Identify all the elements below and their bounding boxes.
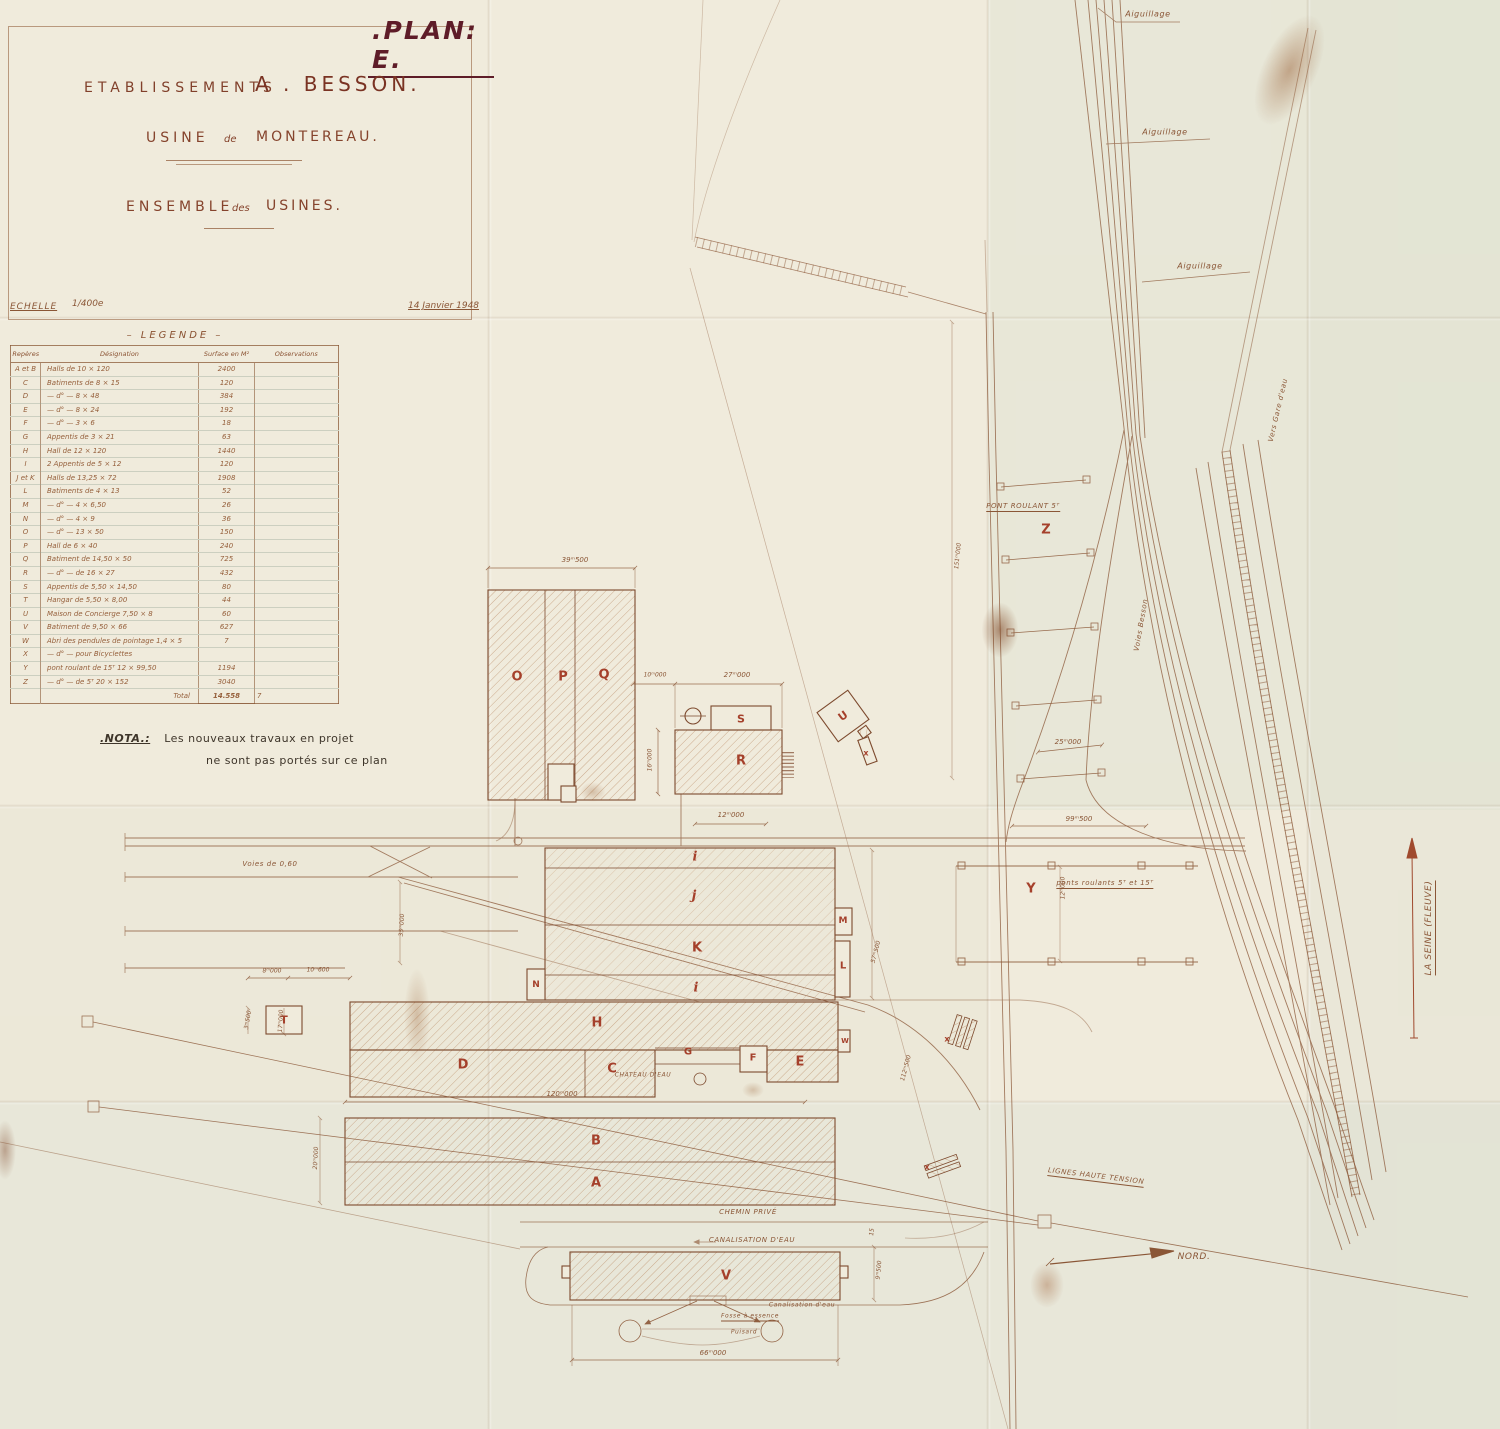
- crane-y: [956, 862, 1198, 965]
- legend-row: Ypont roulant de 15ᵀ 12 × 99,501194: [11, 662, 339, 676]
- subject-name: USINES.: [266, 198, 343, 214]
- legend-cell-surface: 1440: [199, 444, 255, 458]
- legend-row: CBatiments de 8 × 15120: [11, 376, 339, 390]
- legend-cell-obs: [255, 621, 339, 635]
- underline: [166, 160, 302, 161]
- legend-cell-surface: 432: [199, 566, 255, 580]
- legend-cell-repere: F: [11, 417, 41, 431]
- title-block: .PLAN: E. ETABLISSEMENTS A . BESSON. USI…: [0, 0, 494, 320]
- legend-cell-designation: — d° — 8 × 48: [41, 390, 199, 404]
- legend-title: – LEGENDE –: [10, 330, 340, 341]
- legend-cell-designation: Hall de 12 × 120: [41, 444, 199, 458]
- legend-cell-obs: [255, 675, 339, 689]
- legend-row: I2 Appentis de 5 × 12120: [11, 458, 339, 472]
- legend-row: D— d° — 8 × 48384: [11, 390, 339, 404]
- legend-row: M— d° — 4 × 6,5026: [11, 498, 339, 512]
- legend-cell-repere: J et K: [11, 471, 41, 485]
- legend-total-value: 14.558: [199, 689, 255, 704]
- legend-cell-repere: S: [11, 580, 41, 594]
- legend-cell-obs: [255, 444, 339, 458]
- legend-row: X— d° — pour Bicyclettes: [11, 648, 339, 662]
- legend-cell-designation: Hangar de 5,50 × 8,00: [41, 594, 199, 608]
- legend-cell-surface: 44: [199, 594, 255, 608]
- legend-row: O— d° — 13 × 50150: [11, 526, 339, 540]
- legend-cell-designation: — d° — 4 × 6,50: [41, 498, 199, 512]
- nota-block: .NOTA.: Les nouveaux travaux en projet n…: [100, 732, 388, 767]
- legend-cell-surface: 26: [199, 498, 255, 512]
- legend-cell-repere: I: [11, 458, 41, 472]
- underline: [176, 164, 292, 165]
- legend-row: PHall de 6 × 40240: [11, 539, 339, 553]
- legend-row: WAbri des pendules de pointage 1,4 × 57: [11, 634, 339, 648]
- legend-row: QBatiment de 14,50 × 50725: [11, 553, 339, 567]
- legend-cell-designation: Abri des pendules de pointage 1,4 × 5: [41, 634, 199, 648]
- legend-total-row: Total 14.558 7: [11, 689, 339, 704]
- legend-cell-repere: G: [11, 430, 41, 444]
- legend-row: R— d° — de 16 × 27432: [11, 566, 339, 580]
- legend-row: GAppentis de 3 × 2163: [11, 430, 339, 444]
- legend-cell-obs: [255, 430, 339, 444]
- site-word-de: de: [224, 134, 237, 145]
- legend-cell-surface: 384: [199, 390, 255, 404]
- legend-cell-repere: V: [11, 621, 41, 635]
- legend-row: E— d° — 8 × 24192: [11, 403, 339, 417]
- legend-cell-repere: T: [11, 594, 41, 608]
- legend-cell-designation: Appentis de 5,50 × 14,50: [41, 580, 199, 594]
- legend-cell-designation: — d° — de 5ᵀ 20 × 152: [41, 675, 199, 689]
- legend-cell-surface: 1194: [199, 662, 255, 676]
- legend-col-surface: Surface en M²: [199, 346, 255, 363]
- legend-cell-surface: 627: [199, 621, 255, 635]
- legend-cell-obs: [255, 594, 339, 608]
- nota-label: .NOTA.:: [100, 732, 150, 745]
- legend-cell-surface: 63: [199, 430, 255, 444]
- legend-cell-repere: Q: [11, 553, 41, 567]
- legend-row: SAppentis de 5,50 × 14,5080: [11, 580, 339, 594]
- legend-cell-surface: 2400: [199, 363, 255, 377]
- legend-cell-obs: [255, 376, 339, 390]
- legend-cell-surface: 120: [199, 458, 255, 472]
- legend-cell-obs: [255, 526, 339, 540]
- legend-total-note: 7: [255, 689, 339, 704]
- legend-cell-obs: [255, 485, 339, 499]
- legend-cell-obs: [255, 512, 339, 526]
- legend-col-observations: Observations: [255, 346, 339, 363]
- site-word: USINE: [146, 130, 209, 146]
- legend-cell-designation: Halls de 13,25 × 72: [41, 471, 199, 485]
- legend-cell-designation: — d° — 8 × 24: [41, 403, 199, 417]
- legend-row: THangar de 5,50 × 8,0044: [11, 594, 339, 608]
- legend-cell-designation: Batiments de 4 × 13: [41, 485, 199, 499]
- legend-cell-surface: 192: [199, 403, 255, 417]
- legend-row: F— d° — 3 × 618: [11, 417, 339, 431]
- legend-cell-repere: L: [11, 485, 41, 499]
- legend-cell-designation: Appentis de 3 × 21: [41, 430, 199, 444]
- underline: [204, 228, 274, 229]
- legend-row: HHall de 12 × 1201440: [11, 444, 339, 458]
- legend-cell-obs: [255, 634, 339, 648]
- north-arrow: [1046, 1248, 1174, 1266]
- legend-row: UMaison de Concierge 7,50 × 860: [11, 607, 339, 621]
- legend-cell-surface: 7: [199, 634, 255, 648]
- legend-cell-designation: Batiments de 8 × 15: [41, 376, 199, 390]
- legend-cell-repere: P: [11, 539, 41, 553]
- legend-cell-repere: D: [11, 390, 41, 404]
- company-prefix: ETABLISSEMENTS: [84, 80, 277, 96]
- legend-cell-obs: [255, 390, 339, 404]
- legend-table: Repères Désignation Surface en M² Observ…: [10, 345, 339, 704]
- subject-word-des: des: [232, 203, 250, 214]
- plan-number: .PLAN: E.: [368, 16, 494, 78]
- legend-cell-surface: 725: [199, 553, 255, 567]
- buildings: [266, 590, 977, 1300]
- legend-cell-surface: 52: [199, 485, 255, 499]
- legend-cell-designation: Batiment de 9,50 × 66: [41, 621, 199, 635]
- legend-cell-obs: [255, 498, 339, 512]
- legend-cell-designation: — d° — 4 × 9: [41, 512, 199, 526]
- legend-cell-designation: Hall de 6 × 40: [41, 539, 199, 553]
- legend-cell-surface: 80: [199, 580, 255, 594]
- legend-cell-designation: — d° — 3 × 6: [41, 417, 199, 431]
- company-name: A . BESSON.: [255, 72, 421, 96]
- legend-cell-obs: [255, 580, 339, 594]
- legend-row: J et KHalls de 13,25 × 721908: [11, 471, 339, 485]
- site-name: MONTEREAU.: [256, 129, 380, 145]
- legend-row: A et BHalls de 10 × 1202400: [11, 363, 339, 377]
- legend-cell-surface: 3040: [199, 675, 255, 689]
- legend-cell-obs: [255, 662, 339, 676]
- legend-cell-designation: — d° — de 16 × 27: [41, 566, 199, 580]
- legend-cell-obs: [255, 471, 339, 485]
- date: 14 Janvier 1948: [408, 301, 479, 311]
- legend-cell-repere: Z: [11, 675, 41, 689]
- legend-row: N— d° — 4 × 936: [11, 512, 339, 526]
- legend-cell-designation: Batiment de 14,50 × 50: [41, 553, 199, 567]
- legend-cell-designation: 2 Appentis de 5 × 12: [41, 458, 199, 472]
- legend-cell-repere: A et B: [11, 363, 41, 377]
- legend-cell-obs: [255, 458, 339, 472]
- scale-value: 1/400e: [72, 299, 103, 309]
- legend-cell-obs: [255, 539, 339, 553]
- legend-cell-surface: 240: [199, 539, 255, 553]
- legend-header-row: Repères Désignation Surface en M² Observ…: [11, 346, 339, 363]
- legend-cell-designation: Maison de Concierge 7,50 × 8: [41, 607, 199, 621]
- legend-cell-obs: [255, 607, 339, 621]
- legend-cell-repere: M: [11, 498, 41, 512]
- legend-cell-surface: 150: [199, 526, 255, 540]
- legend-cell-repere: H: [11, 444, 41, 458]
- subject-word: ENSEMBLE: [126, 199, 233, 215]
- legend-cell-designation: — d° — pour Bicyclettes: [41, 648, 199, 662]
- plan-sheet: .PLAN: E. ETABLISSEMENTS A . BESSON. USI…: [0, 0, 1500, 1429]
- legend-col-designation: Désignation: [41, 346, 199, 363]
- legend-cell-surface: 1908: [199, 471, 255, 485]
- legend-cell-surface: 120: [199, 376, 255, 390]
- legend-total-spacer: [11, 689, 41, 704]
- legend-cell-surface: [199, 648, 255, 662]
- seine-flow-arrow: [1407, 838, 1418, 1038]
- legend-cell-repere: E: [11, 403, 41, 417]
- legend-cell-surface: 36: [199, 512, 255, 526]
- legend-cell-repere: C: [11, 376, 41, 390]
- legend: – LEGENDE – Repères Désignation Surface …: [10, 330, 340, 704]
- legend-cell-surface: 60: [199, 607, 255, 621]
- legend-row: LBatiments de 4 × 1352: [11, 485, 339, 499]
- legend-cell-obs: [255, 553, 339, 567]
- legend-cell-repere: Y: [11, 662, 41, 676]
- legend-cell-obs: [255, 648, 339, 662]
- nota-line2: ne sont pas portés sur ce plan: [206, 754, 388, 767]
- dimension-lines: [248, 322, 1146, 1366]
- nota-line1: Les nouveaux travaux en projet: [164, 732, 354, 745]
- legend-row: VBatiment de 9,50 × 66627: [11, 621, 339, 635]
- legend-cell-obs: [255, 566, 339, 580]
- legend-cell-repere: R: [11, 566, 41, 580]
- legend-cell-obs: [255, 403, 339, 417]
- legend-cell-repere: U: [11, 607, 41, 621]
- legend-cell-designation: Halls de 10 × 120: [41, 363, 199, 377]
- legend-cell-surface: 18: [199, 417, 255, 431]
- legend-cell-repere: O: [11, 526, 41, 540]
- legend-cell-repere: W: [11, 634, 41, 648]
- legend-cell-designation: — d° — 13 × 50: [41, 526, 199, 540]
- legend-row: Z— d° — de 5ᵀ 20 × 1523040: [11, 675, 339, 689]
- legend-total-label: Total: [41, 689, 199, 704]
- legend-cell-repere: X: [11, 648, 41, 662]
- legend-col-repere: Repères: [11, 346, 41, 363]
- legend-cell-repere: N: [11, 512, 41, 526]
- legend-cell-designation: pont roulant de 15ᵀ 12 × 99,50: [41, 662, 199, 676]
- scale-label: ECHELLE: [10, 302, 57, 312]
- legend-table-body: A et BHalls de 10 × 1202400CBatiments de…: [11, 363, 339, 689]
- legend-cell-obs: [255, 417, 339, 431]
- legend-cell-obs: [255, 363, 339, 377]
